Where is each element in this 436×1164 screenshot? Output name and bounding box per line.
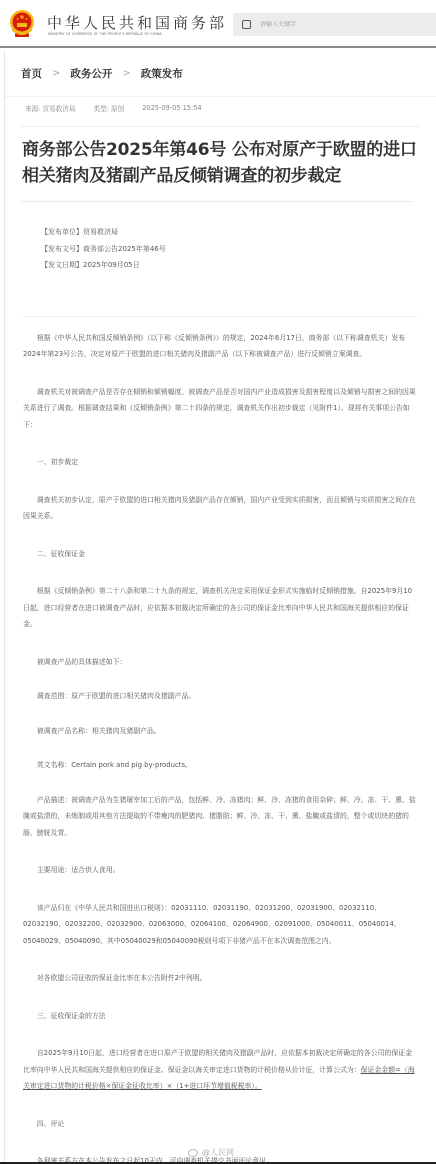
paragraph: 被调查产品名称：相关猪肉及猪副产品。 [23,723,416,740]
paragraph: 调查机关对被调查产品是否存在倾销和倾销幅度、被调查产品是否对国内产业造成损害及损… [23,384,416,434]
breadcrumb-separator: > [52,68,60,79]
article-meta: 来源: 贸易救济局 类型: 原创 2025-09-05 15:54 [5,96,436,118]
section-heading: 三、征收保证金的方法 [23,1008,416,1025]
search-input[interactable] [260,21,410,28]
site-header: 中华人民共和国商务部 MINISTRY OF COMMERCE OF THE P… [0,0,436,48]
breadcrumb-government-affairs[interactable]: 政务公开 [70,66,112,81]
meta-datetime: 2025-09-05 15:54 [142,104,201,112]
search-icon[interactable] [242,20,251,29]
meta-source: 来源: 贸易救济局 [25,103,75,113]
paragraph: 自2025年9月10日起，进口经营者在进口原产于欧盟的相关猪肉及猪副产品时，应依… [23,1045,416,1095]
breadcrumb-policy-release[interactable]: 政策发布 [141,66,183,81]
paragraph: 英文名称：Certain pork and pig by-products。 [23,757,416,774]
site-title[interactable]: 中华人民共和国商务部 [47,12,227,33]
section-heading: 二、征收保证金 [23,546,416,563]
article-body: 根据《中华人民共和国反倾销条例》（以下称《反倾销条例》）的规定，2024年6月1… [5,317,436,1164]
national-emblem-icon[interactable] [8,9,36,39]
paragraph: 主要用途：适合供人食用。 [23,862,416,879]
paragraph: 该产品归在《中华人民共和国进出口税则》：02031110、02031190、02… [23,900,416,950]
paragraph: 根据《反倾销条例》第二十八条和第二十九条的规定，调查机关决定采用保证金形式实施临… [23,583,416,633]
breadcrumb: 首页 > 政务公开 > 政策发布 [5,50,436,96]
article-title: 商务部公告2025年第46号 公布对原产于欧盟的进口相关猪肉及猪副产品反倾销调查… [5,127,436,189]
info-doc-no: 【发布文号】商务部公告2025年第46号 [41,241,436,258]
article-info: 【发布单位】贸易救济局 【发布文号】商务部公告2025年第46号 【发文日期】2… [5,202,436,274]
paragraph: 对各欧盟公司征收的保证金比率在本公告附件2中列明。 [23,970,416,987]
paragraph: 产品描述：被调查产品为生猪屠宰加工后的产品，包括鲜、冷、冻猪肉；鲜、冷、冻猪的食… [23,792,416,842]
paragraph: 调查机关初步认定，原产于欧盟的进口相关猪肉及猪副产品存在倾销，国内产业受到实质损… [23,492,416,525]
section-heading: 一、初步裁定 [23,454,416,471]
paragraph: 被调查产品的具体描述如下： [23,654,416,671]
info-unit: 【发布单位】贸易救济局 [41,224,436,241]
site-subtitle: MINISTRY OF COMMERCE OF THE PEOPLE'S REP… [48,32,162,36]
section-heading: 四、评论 [23,1116,416,1133]
paragraph: 调查范围：原产于欧盟的进口相关猪肉及猪副产品。 [23,688,416,705]
meta-type: 类型: 原创 [93,103,124,113]
watermark-text: @人民网 [202,1147,234,1158]
breadcrumb-home[interactable]: 首页 [21,66,42,81]
breadcrumb-separator: > [122,68,130,79]
watermark: @人民网 [188,1147,234,1158]
weibo-icon [188,1149,198,1157]
paragraph-text: 自2025年9月10日起，进口经营者在进口原产于欧盟的相关猪肉及猪副产品时，应依… [23,1049,412,1074]
info-date: 【发文日期】2025年09月05日 [41,257,436,274]
article-container: 首页 > 政务公开 > 政策发布 来源: 贸易救济局 类型: 原创 2025-0… [4,50,436,1164]
search-box[interactable] [233,13,436,36]
paragraph: 根据《中华人民共和国反倾销条例》（以下称《反倾销条例》）的规定，2024年6月1… [23,330,416,363]
